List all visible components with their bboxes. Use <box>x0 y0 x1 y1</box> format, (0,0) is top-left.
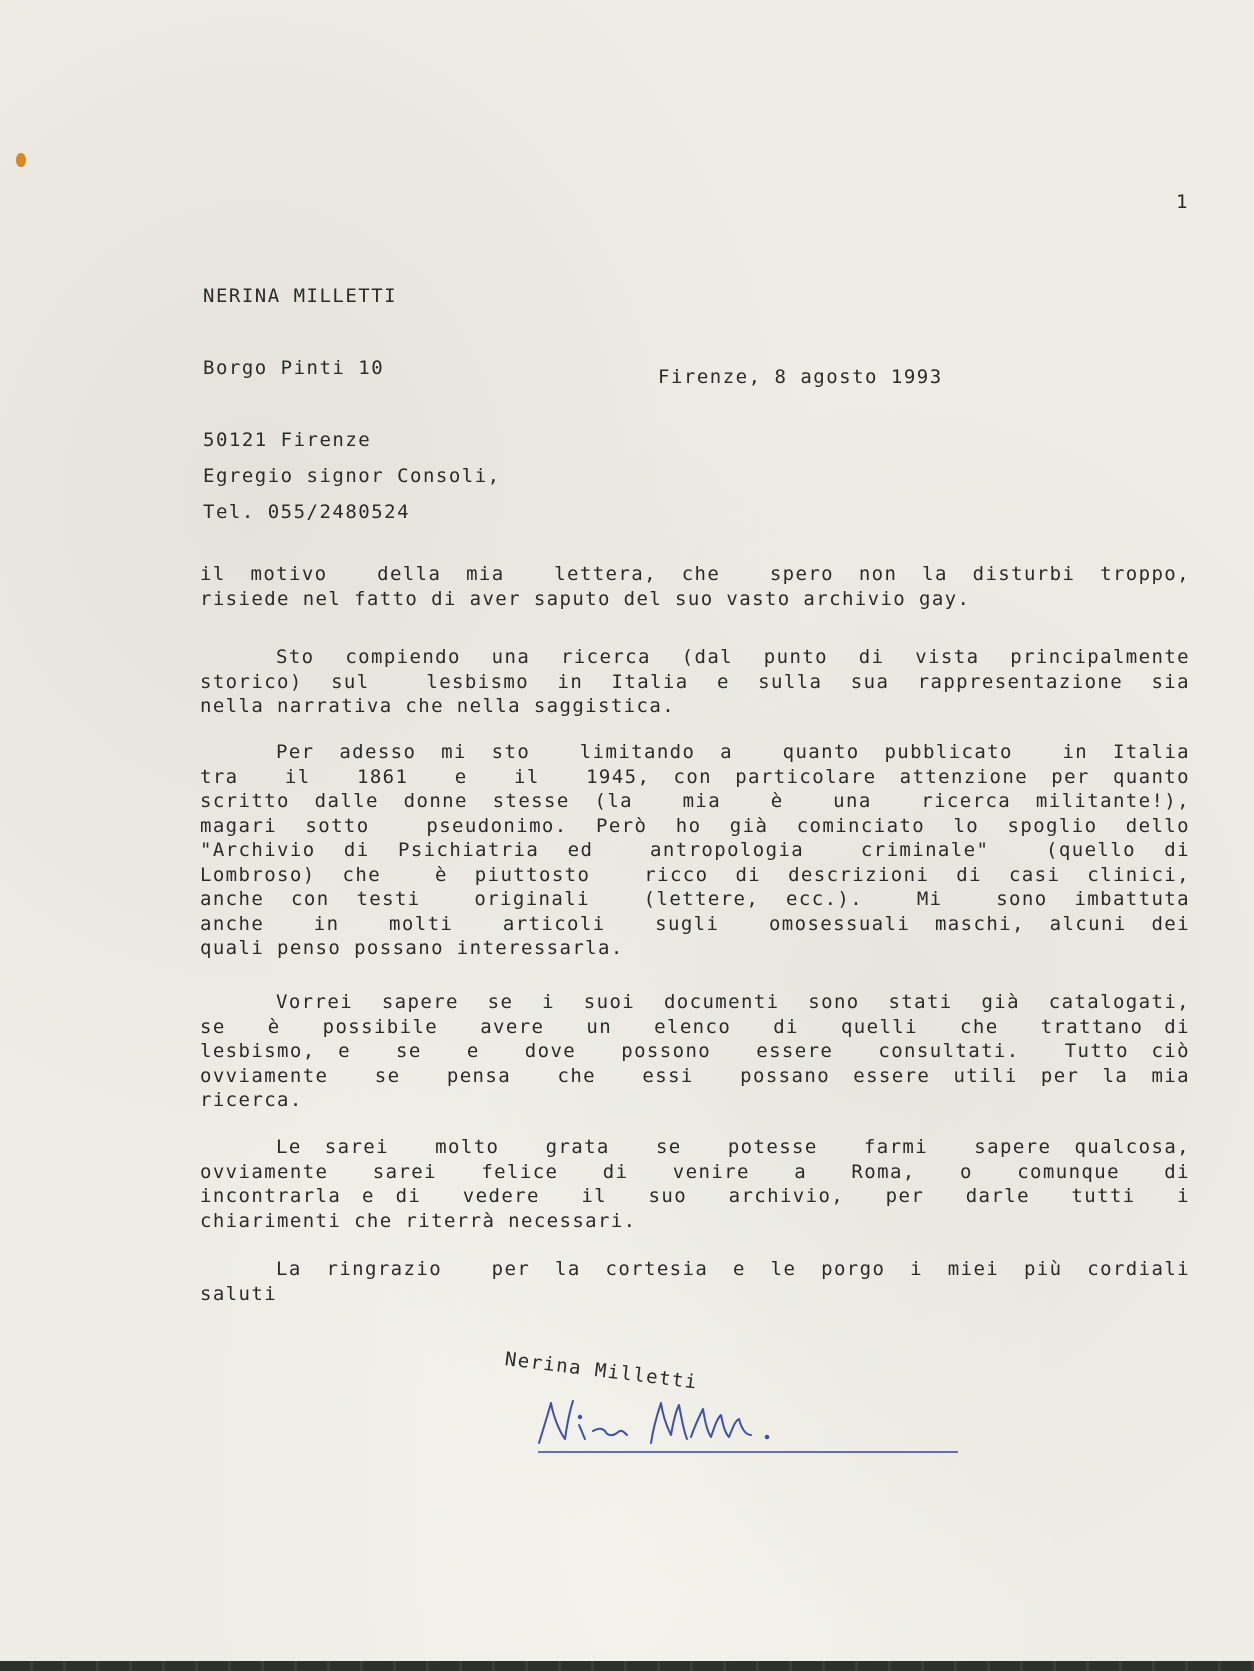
paragraph-line: incontrarla e di vedere il suo archivio,… <box>200 1184 1190 1209</box>
sender-phone: Tel. 055/2480524 <box>203 500 410 524</box>
scan-bottom-edge <box>0 1661 1254 1671</box>
paragraph-line: risiede nel fatto di aver saputo del suo… <box>200 587 1190 612</box>
signature-underline <box>538 1451 958 1453</box>
sender-address-block: NERINA MILLETTI Borgo Pinti 10 50121 Fir… <box>203 236 410 572</box>
paragraph-line: se è possibile avere un elenco di quelli… <box>200 1015 1190 1040</box>
paragraph-line: "Archivio di Psichiatria ed antropologia… <box>200 838 1190 863</box>
letter-page: 1 NERINA MILLETTI Borgo Pinti 10 50121 F… <box>0 0 1254 1662</box>
sender-name: NERINA MILLETTI <box>203 284 410 308</box>
paragraph-line: anche in molti articoli sugli omosessual… <box>200 912 1190 937</box>
paragraph-closing: La ringrazio per la cortesia e le porgo … <box>200 1257 1190 1306</box>
paragraph-line: Le sarei molto grata se potesse farmi sa… <box>200 1135 1190 1160</box>
rust-stain-mark <box>16 153 26 167</box>
paragraph-line: nella narrativa che nella saggistica. <box>200 694 1190 719</box>
paragraph-line: quali penso possano interessarla. <box>200 936 1190 961</box>
paragraph-1: il motivo della mia lettera, che spero n… <box>200 562 1190 611</box>
paragraph-line: chiarimenti che riterrà necessari. <box>200 1209 1190 1234</box>
paragraph-line: La ringrazio per la cortesia e le porgo … <box>200 1257 1190 1282</box>
paragraph-4: Vorrei sapere se i suoi documenti sono s… <box>200 990 1190 1113</box>
place-date: Firenze, 8 agosto 1993 <box>658 365 943 389</box>
sender-street: Borgo Pinti 10 <box>203 356 410 380</box>
paragraph-line: ricerca. <box>200 1088 1190 1113</box>
paragraph-line: Sto compiendo una ricerca (dal punto di … <box>200 645 1190 670</box>
page-number: 1 <box>1176 190 1189 214</box>
handwritten-signature-icon <box>535 1395 825 1455</box>
paragraph-line: scritto dalle donne stesse (la mia è una… <box>200 789 1190 814</box>
paragraph-5: Le sarei molto grata se potesse farmi sa… <box>200 1135 1190 1233</box>
salutation: Egregio signor Consoli, <box>203 464 501 488</box>
paragraph-line: tra il 1861 e il 1945, con particolare a… <box>200 765 1190 790</box>
paragraph-line: Vorrei sapere se i suoi documenti sono s… <box>200 990 1190 1015</box>
paragraph-line: anche con testi originali (lettere, ecc.… <box>200 887 1190 912</box>
sender-city: 50121 Firenze <box>203 428 410 452</box>
paragraph-line: storico) sul lesbismo in Italia e sulla … <box>200 670 1190 695</box>
paragraph-line: Lombroso) che è piuttosto ricco di descr… <box>200 863 1190 888</box>
typed-signature: Nerina Milletti <box>504 1348 699 1393</box>
paragraph-line: magari sotto pseudonimo. Però ho già com… <box>200 814 1190 839</box>
paragraph-line: lesbismo, e se e dove possono essere con… <box>200 1039 1190 1064</box>
paragraph-3: Per adesso mi sto limitando a quanto pub… <box>200 740 1190 961</box>
paragraph-line: Per adesso mi sto limitando a quanto pub… <box>200 740 1190 765</box>
paragraph-line: saluti <box>200 1282 1190 1307</box>
paragraph-line: ovviamente se pensa che essi possano ess… <box>200 1064 1190 1089</box>
paragraph-line: il motivo della mia lettera, che spero n… <box>200 562 1190 587</box>
paragraph-2: Sto compiendo una ricerca (dal punto di … <box>200 645 1190 719</box>
paragraph-line: ovviamente sarei felice di venire a Roma… <box>200 1160 1190 1185</box>
